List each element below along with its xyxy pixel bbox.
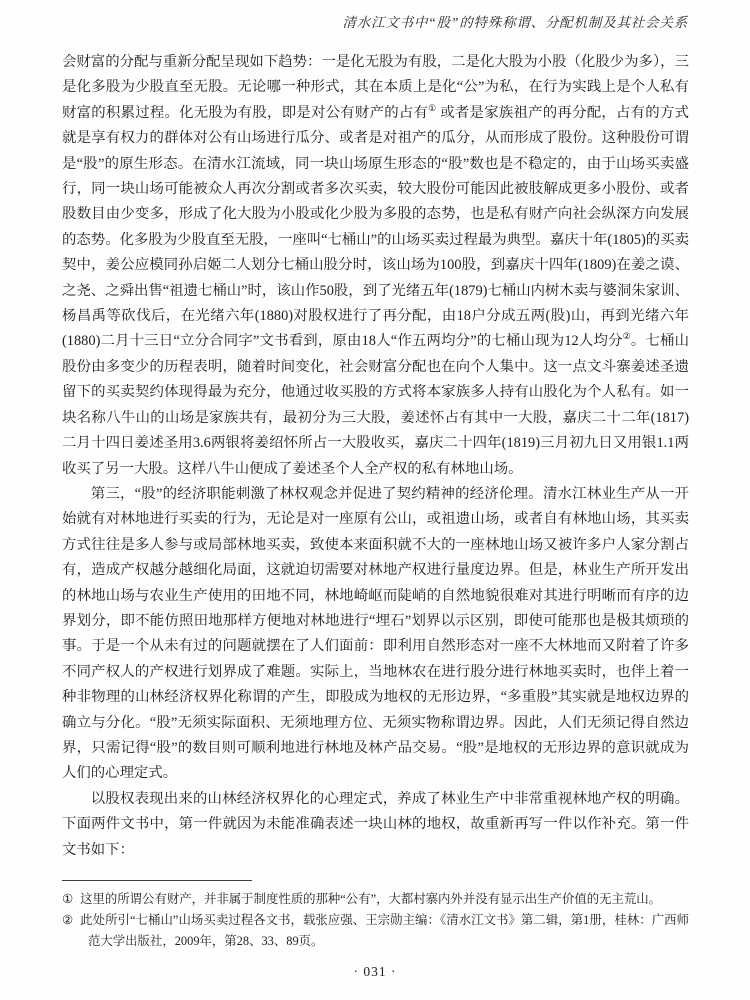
document-page: 清水江文书中“股”的特殊称谓、分配机制及其社会关系 会财富的分配与重新分配呈现如… — [0, 0, 750, 1000]
page-number: · 031 · — [354, 964, 397, 979]
footnote-ref: ① — [428, 103, 436, 113]
body-paragraph: 第三，“股”的经济职能刺激了林权观念并促进了契约精神的经济伦理。清水江林业生产从… — [62, 482, 689, 787]
footnote-separator-rule — [62, 880, 252, 881]
footnote-item: ②此处所引“七桶山”山场买卖过程各文书，载张应强、王宗勋主编：《清水江文书》第二… — [62, 910, 689, 952]
running-header: 清水江文书中“股”的特殊称谓、分配机制及其社会关系 — [342, 11, 688, 31]
body-paragraph: 以股权表现出来的山林经济权界化的心理定式，养成了林业生产中非常重视林地产权的明确… — [62, 787, 689, 863]
footnote-marker: ② — [62, 913, 73, 927]
footnote-ref: ② — [623, 332, 631, 342]
body-paragraph: 会财富的分配与重新分配呈现如下趋势：一是化无股为有股，二是化大股为小股（化股少为… — [62, 50, 689, 482]
running-title: 清水江文书中“股”的特殊称谓、分配机制及其社会关系 — [342, 15, 688, 30]
page-footer: · 031 · — [0, 964, 750, 980]
footnote-item: ①这里的所谓公有财产，并非属于制度性质的那种“公有”，大都村寨内外并没有显示出生… — [62, 889, 689, 910]
footnote-marker: ① — [62, 892, 73, 906]
footnote-text: 此处所引“七桶山”山场买卖过程各文书，载张应强、王宗勋主编：《清水江文书》第二辑… — [80, 913, 689, 948]
footnotes-section: ①这里的所谓公有财产，并非属于制度性质的那种“公有”，大都村寨内外并没有显示出生… — [62, 880, 689, 951]
article-body: 会财富的分配与重新分配呈现如下趋势：一是化无股为有股，二是化大股为小股（化股少为… — [62, 50, 689, 863]
footnote-text: 这里的所谓公有财产，并非属于制度性质的那种“公有”，大都村寨内外并没有显示出生产… — [80, 892, 661, 906]
